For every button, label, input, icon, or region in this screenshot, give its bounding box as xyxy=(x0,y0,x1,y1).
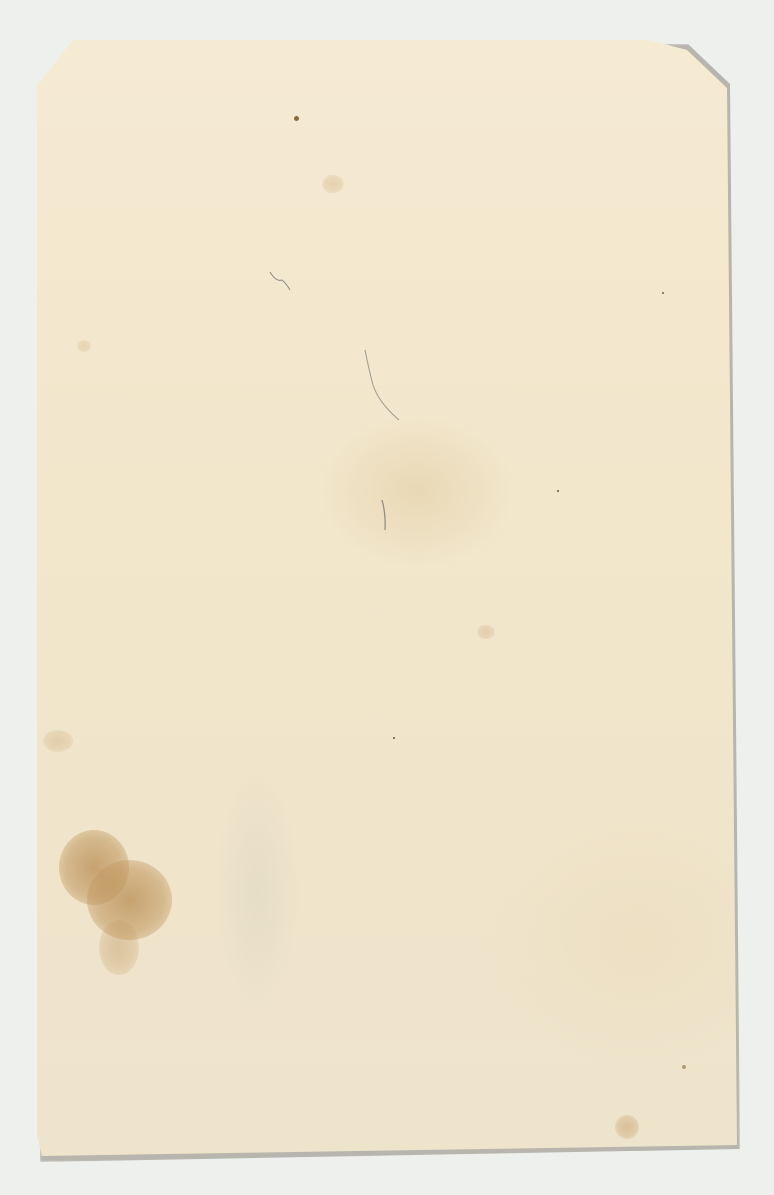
card-back xyxy=(37,40,737,1156)
paper-fiber-marks xyxy=(37,40,737,1156)
scanned-card-scene xyxy=(0,0,774,1195)
